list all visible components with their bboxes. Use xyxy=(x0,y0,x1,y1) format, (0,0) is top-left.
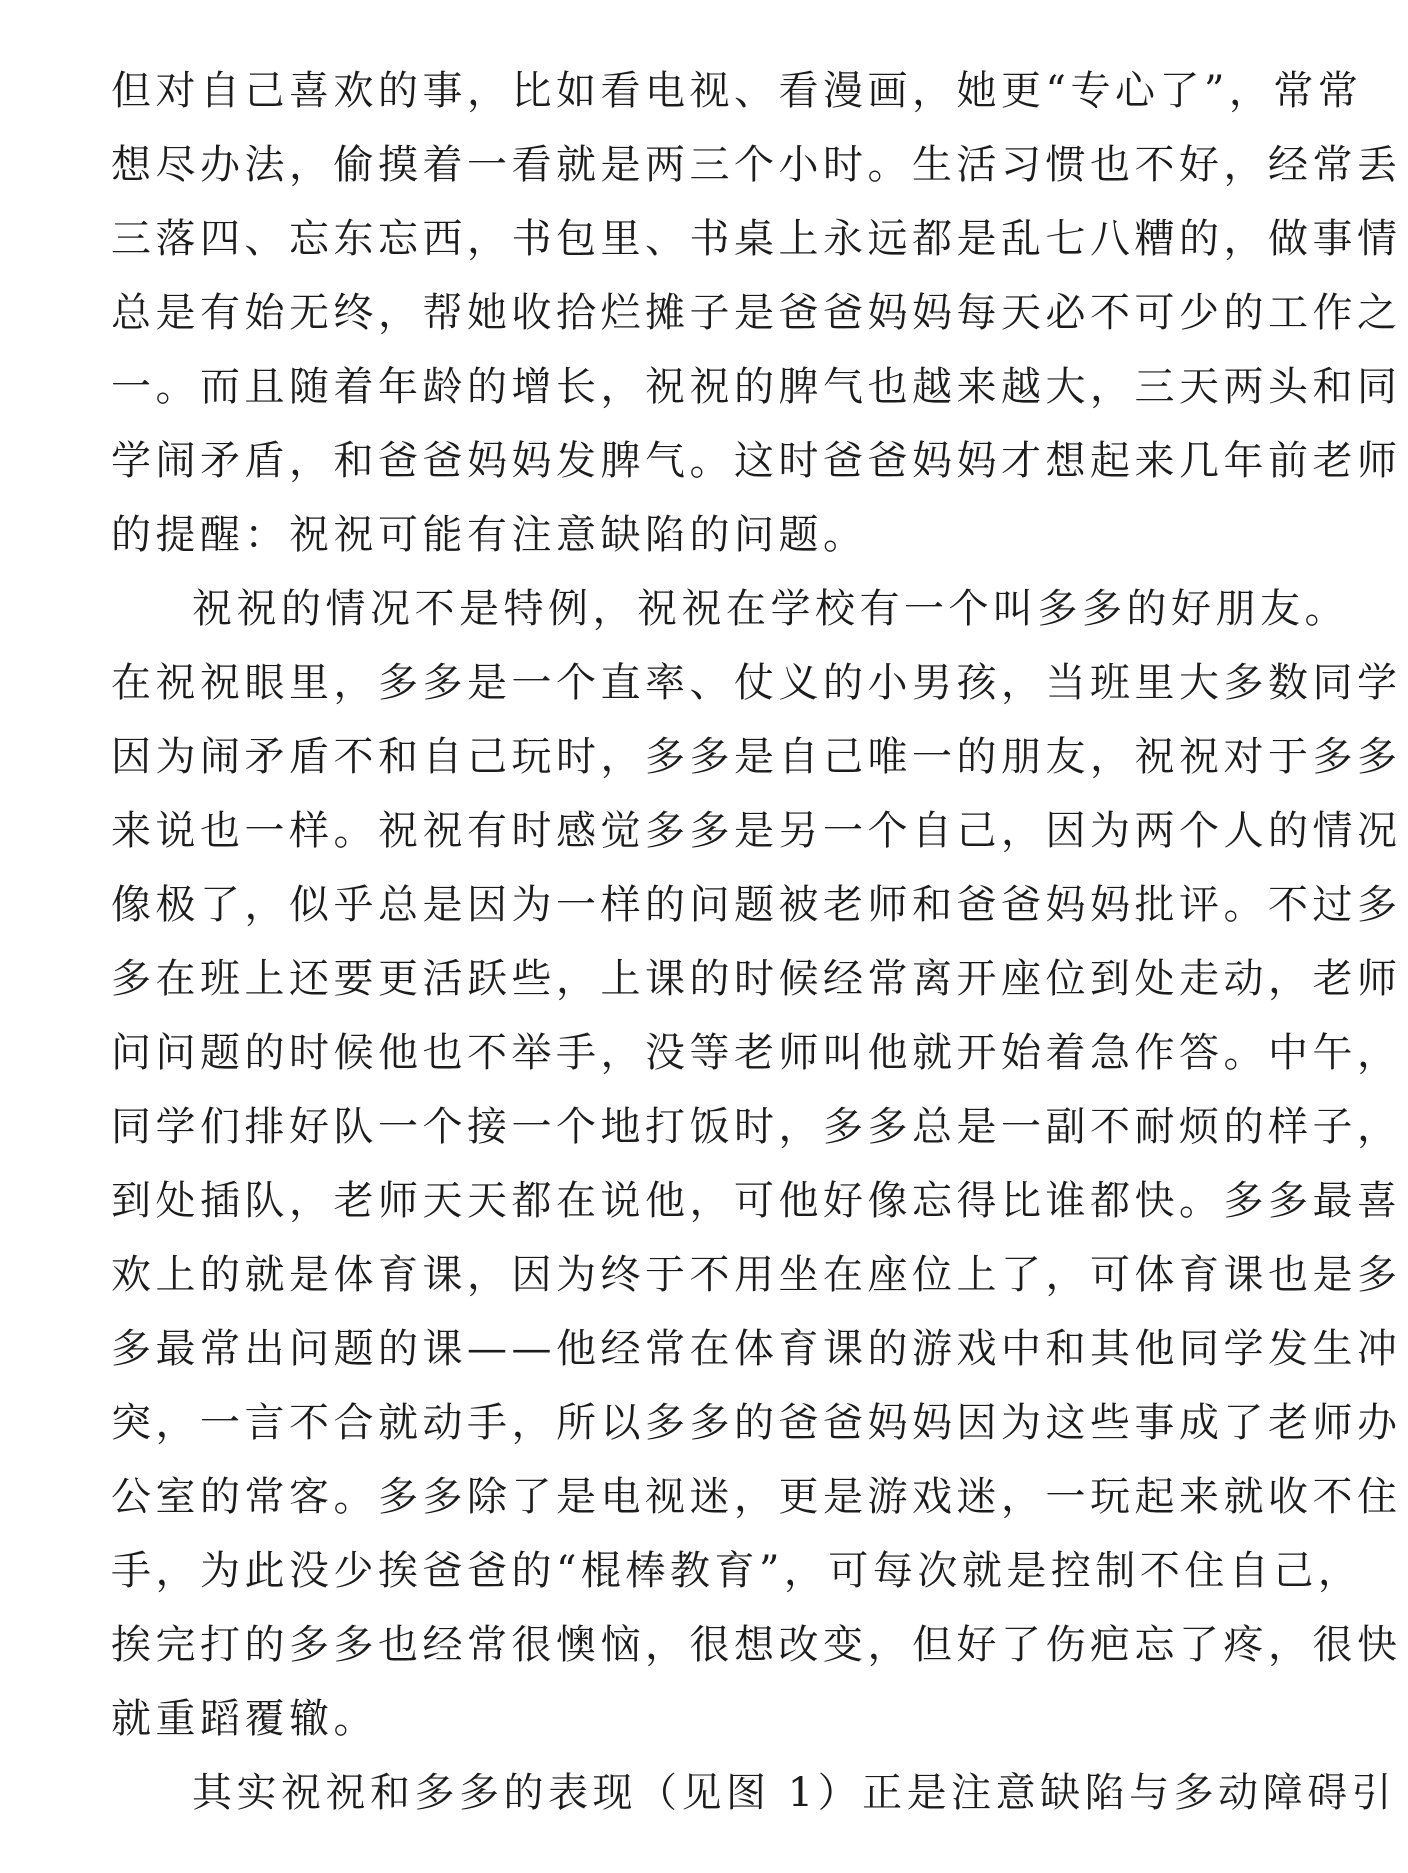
text-line: 多在班上还要更活跃些，上课的时候经常离开座位到处走动，老师 xyxy=(111,954,1291,1028)
text-line: 在祝祝眼里，多多是一个直率、仗义的小男孩，当班里大多数同学 xyxy=(111,658,1291,732)
text-line: 但对自己喜欢的事，比如看电视、看漫画，她更“专心了”，常常 xyxy=(111,66,1291,140)
text-line: 手，为此没少挨爸爸的“棍棒教育”，可每次就是控制不住自己， xyxy=(111,1546,1291,1620)
text-line: 欢上的就是体育课，因为终于不用坐在座位上了，可体育课也是多 xyxy=(111,1250,1291,1324)
text-line: 挨完打的多多也经常很懊恼，很想改变，但好了伤疤忘了疼，很快 xyxy=(111,1620,1291,1694)
body-text: 但对自己喜欢的事，比如看电视、看漫画，她更“专心了”，常常 想尽办法，偷摸着一看… xyxy=(111,66,1291,1842)
text-line: 三落四、忘东忘西，书包里、书桌上永远都是乱七八糟的，做事情 xyxy=(111,214,1291,288)
text-line: 像极了，似乎总是因为一样的问题被老师和爸爸妈妈批评。不过多 xyxy=(111,880,1291,954)
text-line: 就重蹈覆辙。 xyxy=(111,1694,1291,1768)
text-line: 学闹矛盾，和爸爸妈妈发脾气。这时爸爸妈妈才想起来几年前老师 xyxy=(111,436,1291,510)
text-line: 同学们排好队一个接一个地打饭时，多多总是一副不耐烦的样子， xyxy=(111,1102,1291,1176)
text-line: 因为闹矛盾不和自己玩时，多多是自己唯一的朋友，祝祝对于多多 xyxy=(111,732,1291,806)
text-line: 来说也一样。祝祝有时感觉多多是另一个自己，因为两个人的情况 xyxy=(111,806,1291,880)
text-line: 想尽办法，偷摸着一看就是两三个小时。生活习惯也不好，经常丢 xyxy=(111,140,1291,214)
paragraph-start-line: 其实祝祝和多多的表现（见图 1）正是注意缺陷与多动障碍引 xyxy=(111,1768,1291,1842)
text-line: 的提醒：祝祝可能有注意缺陷的问题。 xyxy=(111,510,1291,584)
text-line: 总是有始无终，帮她收拾烂摊子是爸爸妈妈每天必不可少的工作之 xyxy=(111,288,1291,362)
text-line: 一。而且随着年龄的增长，祝祝的脾气也越来越大，三天两头和同 xyxy=(111,362,1291,436)
text-line: 多最常出问题的课——他经常在体育课的游戏中和其他同学发生冲 xyxy=(111,1324,1291,1398)
text-line: 到处插队，老师天天都在说他，可他好像忘得比谁都快。多多最喜 xyxy=(111,1176,1291,1250)
text-line: 突，一言不合就动手，所以多多的爸爸妈妈因为这些事成了老师办 xyxy=(111,1398,1291,1472)
paragraph-start-line: 祝祝的情况不是特例，祝祝在学校有一个叫多多的好朋友。 xyxy=(111,584,1291,658)
text-line: 问问题的时候他也不举手，没等老师叫他就开始着急作答。中午， xyxy=(111,1028,1291,1102)
text-line: 公室的常客。多多除了是电视迷，更是游戏迷，一玩起来就收不住 xyxy=(111,1472,1291,1546)
document-page: 但对自己喜欢的事，比如看电视、看漫画，她更“专心了”，常常 想尽办法，偷摸着一看… xyxy=(0,0,1408,1873)
